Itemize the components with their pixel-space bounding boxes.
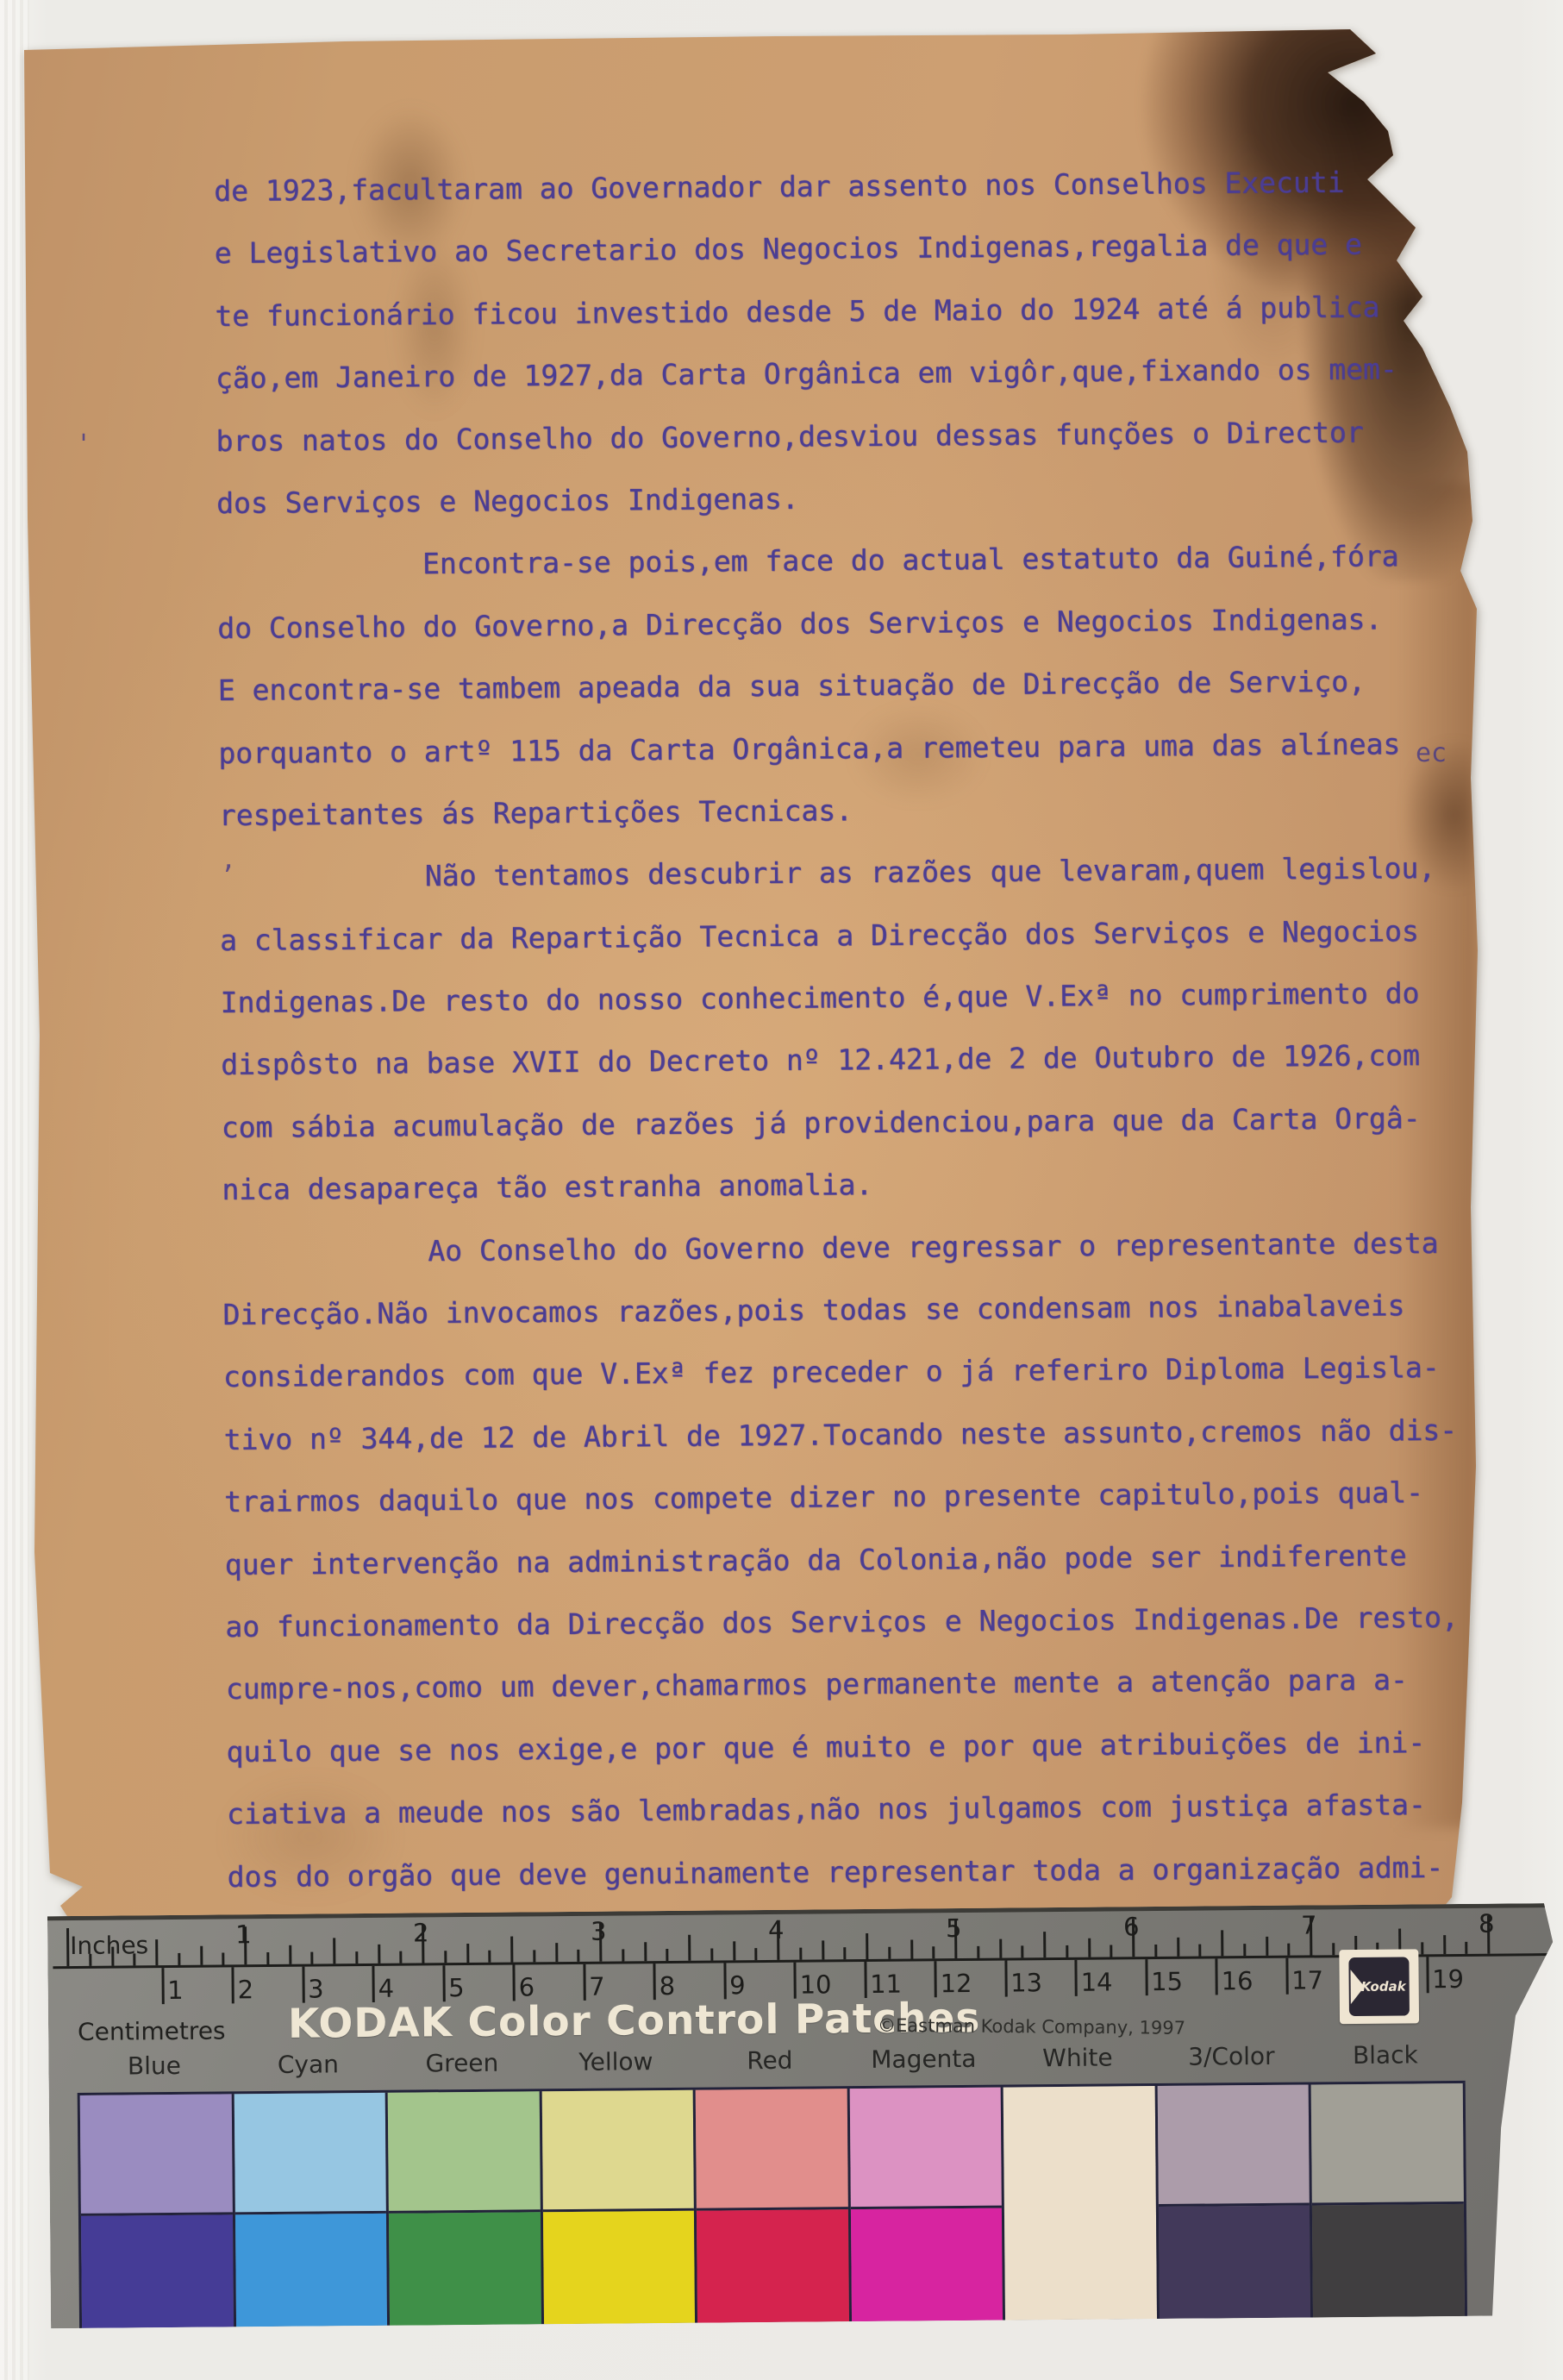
- ruler-tick: [934, 1961, 936, 1997]
- ruler-tick: [933, 1946, 935, 1958]
- patch-swatch-saturated: [389, 2212, 541, 2326]
- margin-mark: ec: [1416, 738, 1447, 768]
- color-patch-magenta: [847, 2088, 1003, 2322]
- typed-line: nica desapareça tão estranha anomalia.: [222, 1149, 1455, 1222]
- patch-swatch-saturated: [1158, 2205, 1310, 2319]
- typed-line: quilo que se nos exige,e por que é muito…: [226, 1711, 1460, 1783]
- ruler-number: 16: [1221, 1966, 1253, 1995]
- ruler-tick: [1198, 1945, 1201, 1957]
- ruler-number: 5: [946, 1913, 962, 1943]
- color-patch-black: [1309, 2083, 1467, 2318]
- kodak-logo-text: Kodak: [1361, 1979, 1406, 1995]
- ruler-tick: [583, 1964, 585, 2001]
- ruler-number: 3: [591, 1917, 607, 1946]
- ruler-tick: [161, 1968, 164, 2004]
- ruler-tick: [888, 1947, 891, 1959]
- typed-line: a classificar da Repartição Tecnica a Di…: [220, 899, 1454, 972]
- ruler-tick: [653, 1964, 655, 2000]
- ruler-tick: [89, 1954, 91, 1966]
- ruler-tick: [622, 1949, 624, 1961]
- patch-swatch: [1003, 2086, 1157, 2320]
- typed-line: Direcção.Não invocamos razões,pois todas…: [222, 1275, 1456, 1347]
- ruler-tick: [644, 1942, 647, 1961]
- ruler-tick: [1426, 1957, 1429, 1993]
- ruler-tick: [1266, 1937, 1268, 1956]
- typed-line: dos Serviços e Negocios Indigenas.: [216, 463, 1450, 535]
- ruler-tick: [134, 1953, 136, 1965]
- typed-line: ao funcionamento da Direcção dos Serviço…: [225, 1587, 1459, 1659]
- ruler-tick: [733, 1941, 735, 1960]
- typed-line: ciativa a meude nos são lembradas,não no…: [227, 1774, 1460, 1846]
- ruler-tick: [66, 1928, 69, 1966]
- ruler-tick: [200, 1946, 203, 1965]
- ruler-tick: [1215, 1958, 1217, 1995]
- patch-swatch-light: [234, 2093, 386, 2215]
- ruler-tick: [799, 1948, 802, 1960]
- typed-line: com sábia acumulação de razões já provid…: [222, 1087, 1455, 1160]
- ruler-tick: [1332, 1943, 1335, 1955]
- typed-line: do Conselho do Governo,a Direcção dos Se…: [217, 587, 1451, 660]
- ruler-tick: [864, 1962, 866, 1998]
- ruler-tick: [266, 1952, 269, 1964]
- ruler-number: 4: [768, 1915, 785, 1945]
- kodak-logo-icon: Kodak: [1348, 1957, 1410, 2016]
- ruler-tick: [111, 1947, 114, 1966]
- ruler-tick: [710, 1949, 713, 1961]
- color-patch-blue: [78, 2094, 234, 2328]
- ruler-number: 6: [1123, 1912, 1140, 1941]
- kodak-color-strip: Inches Centimetres 12345678 123456789101…: [47, 1903, 1558, 2328]
- margin-mark: ': [76, 429, 91, 460]
- patch-label: White: [1000, 2043, 1154, 2073]
- typed-line: porquanto o artº 115 da Carta Orgânica,a…: [218, 712, 1452, 785]
- ruler-tick: [311, 1952, 314, 1964]
- ruler-tick: [666, 1949, 669, 1961]
- ruler-tick: [910, 1940, 913, 1959]
- margin-mark: ,: [221, 845, 236, 875]
- typed-line: E encontra-se tambem apeada da sua situa…: [218, 650, 1452, 723]
- kodak-logo: Kodak: [1339, 1949, 1419, 2024]
- typed-line: dos do orgão que deve genuinamente repre…: [227, 1836, 1460, 1908]
- ruler-tick: [1243, 1944, 1246, 1956]
- ruler-tick: [400, 1951, 403, 1964]
- typed-line: ção,em Janeiro de 1927,da Carta Orgânica…: [216, 338, 1449, 410]
- patch-label: Red: [692, 2045, 847, 2076]
- ruler-tick: [1074, 1960, 1077, 1996]
- ruler-tick: [866, 1933, 868, 1959]
- typed-line: Ao Conselho do Governo deve regressar o …: [222, 1212, 1456, 1284]
- patch-label: Magenta: [847, 2045, 1001, 2075]
- typed-line: considerandos com que V.Exª fez preceder…: [223, 1337, 1457, 1409]
- typed-line: dispôsto na base XVII do Decreto nº 12.4…: [221, 1024, 1454, 1097]
- patch-swatch-saturated: [850, 2208, 1003, 2322]
- patch-swatch-light: [1157, 2085, 1310, 2208]
- patch-label: Yellow: [539, 2047, 693, 2077]
- typed-line: cumpre-nos,como um dever,chamarmos perma…: [226, 1649, 1460, 1721]
- ruler-number: 2: [413, 1918, 429, 1947]
- ruler-tick: [1421, 1942, 1423, 1954]
- ruler-tick: [977, 1946, 979, 1958]
- ruler-number: 13: [1010, 1968, 1042, 1997]
- ruler-tick: [1145, 1959, 1147, 1995]
- centimetres-label: Centimetres: [78, 2016, 226, 2045]
- patch-swatch-light: [1311, 2083, 1464, 2206]
- color-patch-yellow: [539, 2090, 695, 2325]
- ruler-tick: [231, 1967, 234, 2003]
- typed-line: de 1923,facultaram ao Governador dar ass…: [214, 151, 1447, 223]
- ruler-tick: [442, 1965, 445, 2001]
- ruler-tick: [1287, 1944, 1290, 1956]
- ruler-tick: [178, 1953, 180, 1965]
- typed-line: Indigenas.De resto do nosso conhecimento…: [220, 962, 1454, 1035]
- ruler-tick: [333, 1938, 335, 1964]
- ruler-number: 7: [1301, 1910, 1317, 1939]
- typed-line: bros natos do Conselho do Governo,desvio…: [216, 400, 1449, 473]
- typed-line: tivo nº 344,de 12 de Abril de 1927.Tocan…: [223, 1400, 1457, 1472]
- ruler-tick: [302, 1967, 304, 2003]
- ruler-tick: [1285, 1958, 1288, 1995]
- strip-copyright: ©Eastman Kodak Company, 1997: [878, 2015, 1185, 2039]
- color-patch-cyan: [231, 2093, 387, 2327]
- ruler-tick: [155, 1939, 158, 1965]
- patch-label: Blue: [77, 2051, 231, 2081]
- ruler-tick: [1110, 1945, 1113, 1957]
- patch-swatch-light: [541, 2090, 694, 2213]
- ruler-tick: [222, 1952, 225, 1964]
- ruler-tick: [999, 1939, 1002, 1958]
- ruler-tick: [723, 1963, 726, 1999]
- ruler-tick: [1465, 1942, 1467, 1954]
- ruler-tick: [489, 1951, 491, 1963]
- ruler-tick: [372, 1966, 374, 2002]
- ruler-number: 2: [238, 1975, 254, 2004]
- typed-text: de 1923,facultaram ao Governador dar ass…: [214, 151, 1460, 1908]
- ruler-tick: [1443, 1935, 1446, 1954]
- typed-line: Encontra-se pois,em face do actual estat…: [216, 525, 1450, 598]
- ruler-tick: [512, 1965, 515, 2001]
- ruler-tick: [578, 1950, 580, 1962]
- ruler-tick: [444, 1951, 447, 1963]
- ruler-tick: [688, 1935, 691, 1961]
- ruler-tick: [289, 1945, 291, 1964]
- patch-swatch-light: [696, 2089, 848, 2211]
- ruler-number: 19: [1432, 1964, 1464, 1994]
- ruler-number: 1: [167, 1976, 184, 2005]
- typed-line: te funcionário ficou investido desde 5 d…: [215, 276, 1448, 348]
- typed-line: respeitantes ás Repartições Tecnicas.: [219, 775, 1453, 848]
- ruler-tick: [1043, 1932, 1046, 1957]
- color-patch-red: [693, 2089, 849, 2323]
- ruler-tick: [793, 1963, 796, 1999]
- ruler-tick: [355, 1951, 358, 1964]
- ruler-number: 15: [1151, 1967, 1183, 1996]
- patch-swatch-saturated: [81, 2214, 234, 2328]
- color-patches: [78, 2081, 1467, 2328]
- ruler-tick: [822, 1940, 824, 1959]
- ruler-tick: [555, 1943, 558, 1962]
- patch-label: 3/Color: [1154, 2042, 1309, 2072]
- patch-swatch-saturated: [697, 2209, 849, 2323]
- ruler-tick: [1088, 1938, 1091, 1957]
- color-patch-green: [385, 2091, 541, 2326]
- ruler-tick: [1154, 1945, 1157, 1957]
- color-patch-3-color: [1154, 2085, 1310, 2320]
- ruler-tick: [378, 1945, 380, 1964]
- typed-line: quer intervenção na administração da Col…: [225, 1524, 1459, 1596]
- ruler-number: 17: [1291, 1965, 1323, 1995]
- patch-swatch-saturated: [542, 2211, 695, 2325]
- ruler-number: 8: [1479, 1909, 1495, 1938]
- patch-swatch-light: [849, 2088, 1002, 2210]
- ruler-number: 1: [235, 1920, 252, 1949]
- ruler-tick: [1221, 1930, 1223, 1956]
- ruler-tick: [1004, 1961, 1007, 1997]
- ruler-tick: [1066, 1945, 1068, 1957]
- typed-line: e Legislativo ao Secretario dos Negocios…: [215, 213, 1448, 285]
- ruler-tick: [1177, 1938, 1179, 1957]
- ruler-tick: [533, 1950, 535, 1962]
- patch-swatch-saturated: [234, 2214, 387, 2327]
- typed-line: Não tentamos descubrir as razões que lev…: [219, 837, 1453, 910]
- kodak-arrow-icon: [1351, 1970, 1365, 2004]
- typed-line: trairmos daquilo que nos compete dizer n…: [224, 1462, 1458, 1534]
- patch-swatch-light: [388, 2091, 541, 2214]
- ruler-number: 14: [1080, 1967, 1112, 1996]
- ruler-tick: [1022, 1945, 1024, 1957]
- patch-swatch-light: [80, 2094, 233, 2216]
- patch-swatch-saturated: [1312, 2204, 1465, 2318]
- color-patch-white: [1001, 2086, 1157, 2320]
- ruler-tick: [510, 1937, 513, 1963]
- patch-label: Cyan: [231, 2050, 385, 2080]
- inches-label: Inches: [70, 1931, 148, 1960]
- patch-label: Black: [1308, 2040, 1462, 2070]
- ruler-tick: [844, 1947, 847, 1959]
- ruler-tick: [466, 1944, 469, 1963]
- strip-title: KODAK Color Control Patches: [288, 1995, 981, 2048]
- patch-label: Green: [384, 2048, 539, 2078]
- ruler-tick: [755, 1948, 758, 1960]
